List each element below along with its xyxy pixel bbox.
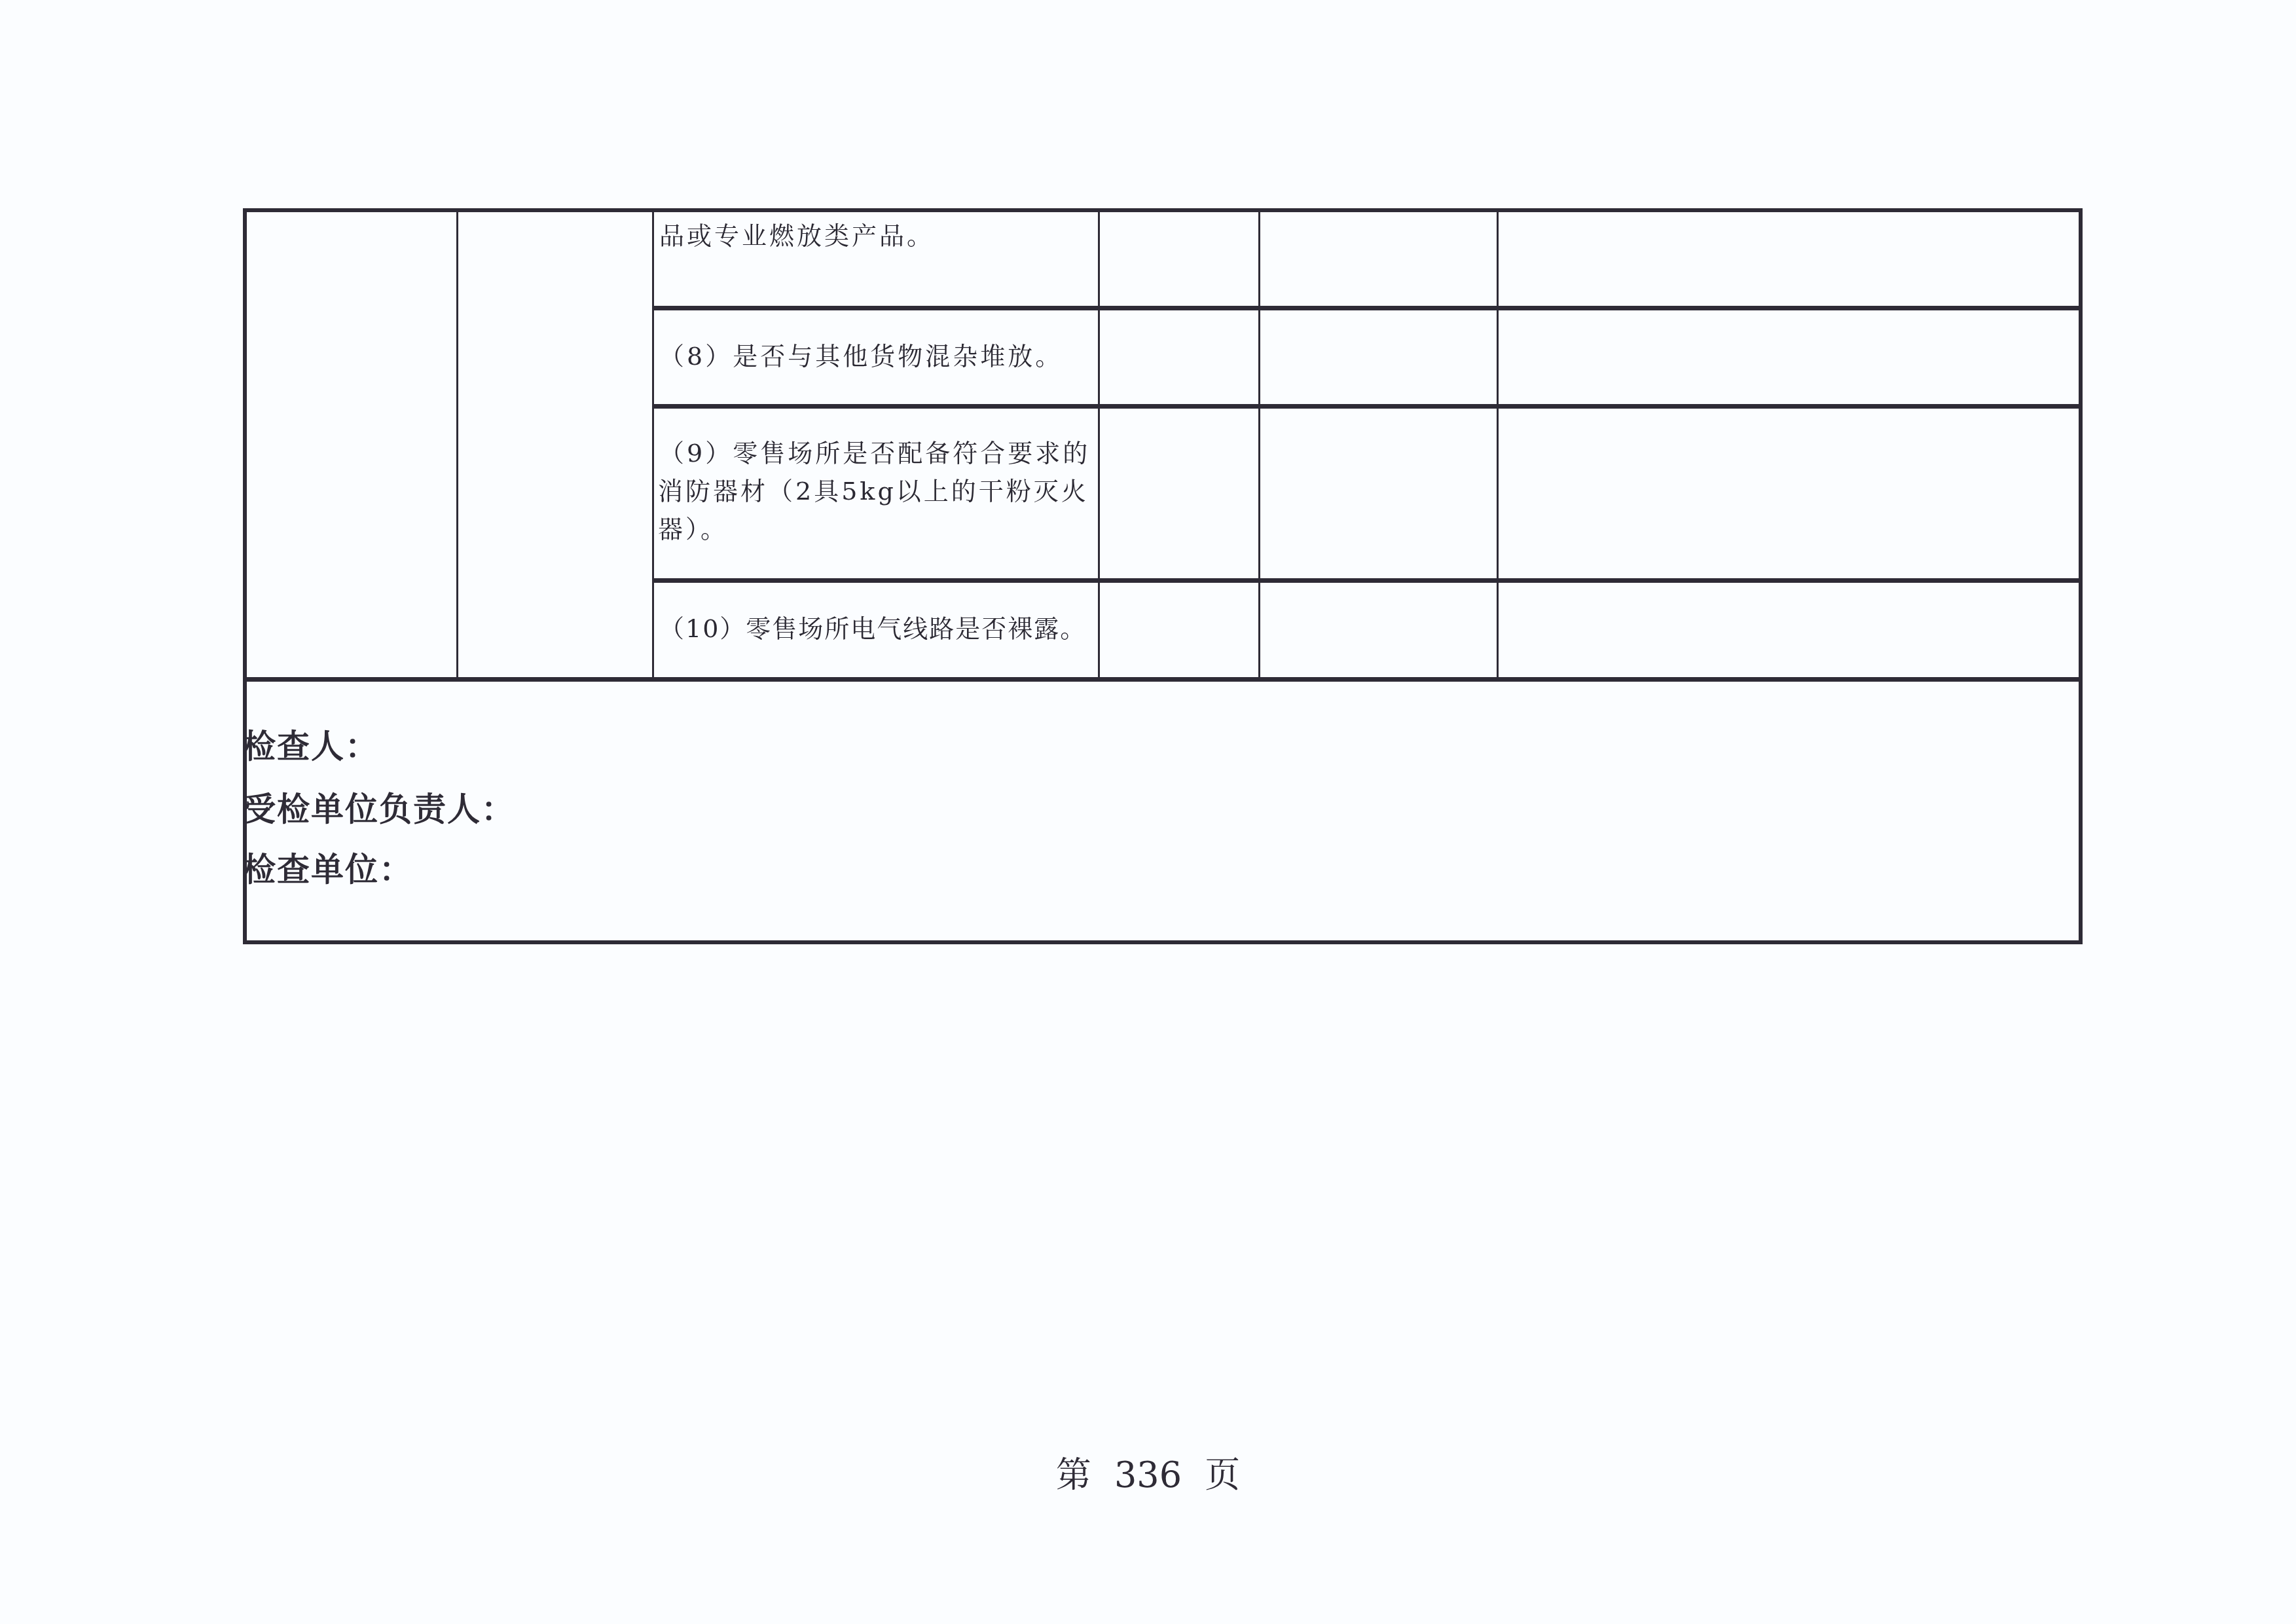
inspection-table: 品或专业燃放类产品。 （8）是否与其他货物混杂堆放。 （9）零售场所是否配备符合… (243, 208, 2083, 944)
document-page: 品或专业燃放类产品。 （8）是否与其他货物混杂堆放。 （9）零售场所是否配备符合… (0, 0, 2296, 1624)
inspected-unit-head-label: 受检单位负责人： (243, 783, 515, 830)
remark-cell-row-4[interactable] (1260, 583, 1497, 677)
check-item-9-line-2: 消防器材（2具5kg以上的干粉灭火 (658, 473, 1089, 509)
result-cell-row-2[interactable] (1100, 310, 1258, 404)
inspecting-unit-label: 检查单位： (243, 843, 413, 891)
check-item-10: （10）零售场所电气线路是否裸露。 (659, 610, 1086, 647)
remark-cell-row-1[interactable] (1260, 212, 1497, 306)
remark-cell-row-3[interactable] (1260, 409, 1497, 578)
check-item-8: （8）是否与其他货物混杂堆放。 (659, 338, 1063, 375)
signoff-divider (247, 677, 2079, 682)
check-item-7-continued: 品或专业燃放类产品。 (659, 217, 934, 254)
column-divider-2 (652, 212, 654, 677)
note-cell-row-4[interactable] (1499, 583, 2079, 677)
note-cell-row-3[interactable] (1499, 409, 2079, 578)
note-cell-row-2[interactable] (1499, 310, 2079, 404)
note-cell-row-1[interactable] (1499, 212, 2079, 306)
result-cell-row-1[interactable] (1100, 212, 1258, 306)
check-item-9-line-3: 器）。 (658, 511, 728, 547)
remark-cell-row-2[interactable] (1260, 310, 1497, 404)
page-number: 第 336 页 (0, 1447, 2296, 1498)
result-cell-row-4[interactable] (1100, 583, 1258, 677)
check-item-9-line-1: （9）零售场所是否配备符合要求的 (659, 435, 1090, 471)
row-divider-1 (652, 306, 2079, 310)
row-divider-2 (652, 404, 2079, 409)
row-divider-3 (652, 578, 2079, 583)
inspector-label: 检查人： (243, 720, 379, 767)
column-divider-1 (456, 212, 458, 677)
result-cell-row-3[interactable] (1100, 409, 1258, 578)
